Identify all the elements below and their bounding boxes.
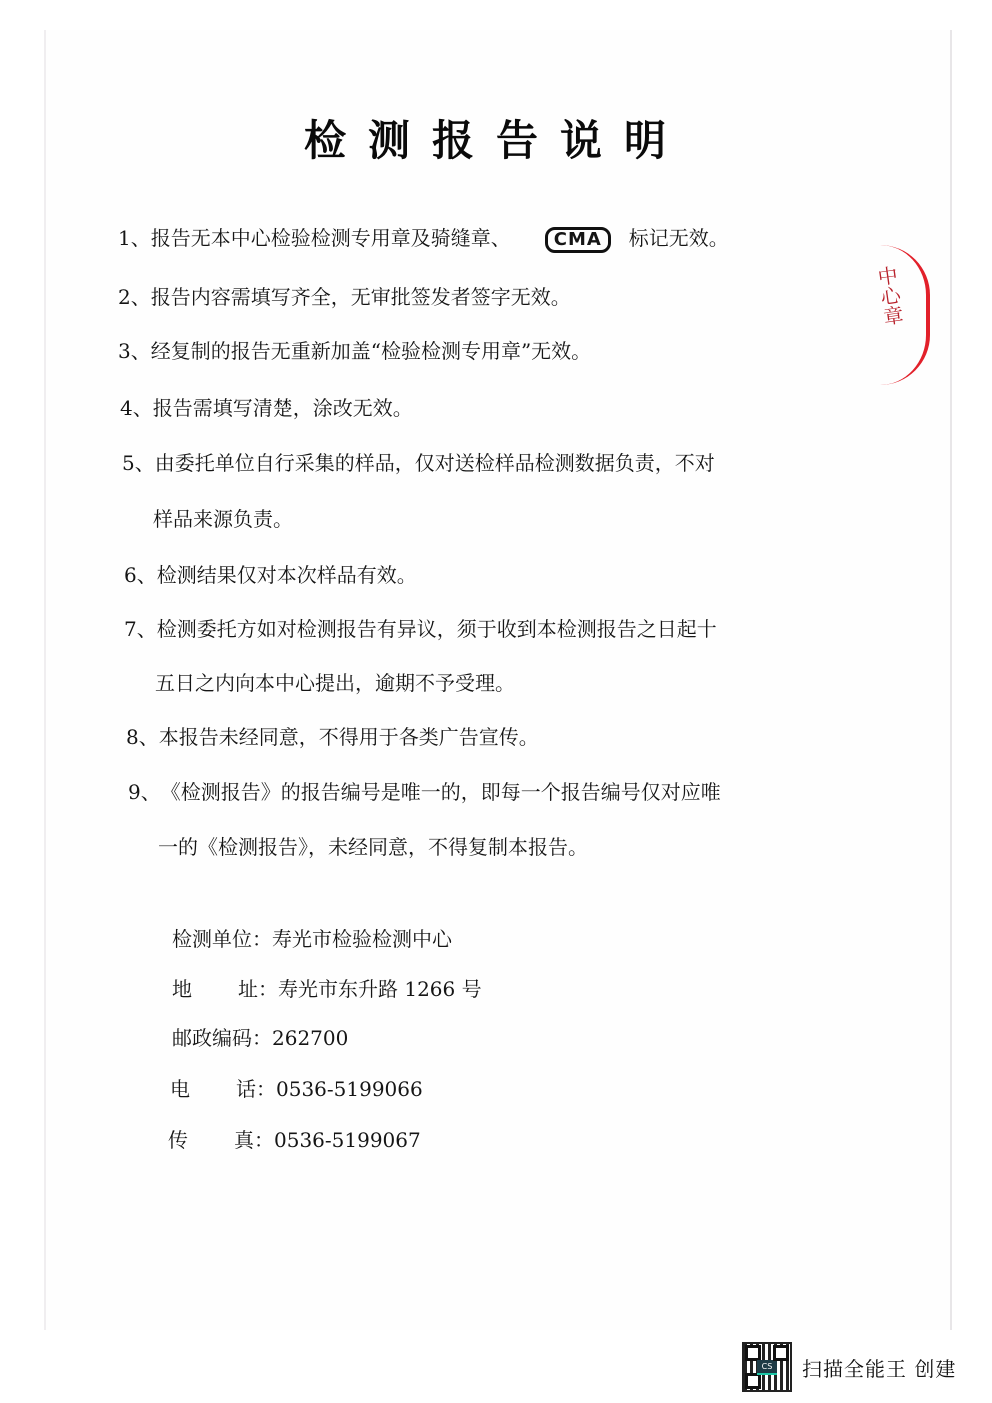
clause-9: 9、《检测报告》的报告编号是唯一的，即每一个报告编号仅对应唯 bbox=[128, 780, 721, 804]
page-title: 检测报告说明 bbox=[0, 108, 992, 168]
qr-code-icon: CS bbox=[742, 1342, 792, 1392]
clause-7: 7、检测委托方如对检测报告有异议，须于收到本检测报告之日起十 bbox=[124, 617, 717, 641]
clause-8: 8、本报告未经同意，不得用于各类广告宣传。 bbox=[126, 725, 539, 749]
contact-postcode: 邮政编码：262700 bbox=[172, 1026, 348, 1050]
contact-unit: 检测单位：寿光市检验检测中心 bbox=[172, 927, 452, 951]
contact-phone: 电话：0536-5199066 bbox=[170, 1077, 423, 1101]
watermark-text: 扫描全能王 创建 bbox=[802, 1353, 956, 1382]
scanner-watermark: CS 扫描全能王 创建 bbox=[742, 1342, 956, 1392]
clause-4: 4、报告需填写清楚，涂改无效。 bbox=[120, 396, 413, 420]
cma-mark-icon: CMA bbox=[545, 227, 611, 253]
clause-3: 3、经复制的报告无重新加盖“检验检测专用章”无效。 bbox=[118, 339, 591, 363]
contact-fax: 传真：0536-5199067 bbox=[168, 1128, 421, 1152]
clause-7-continued: 五日之内向本中心提出，逾期不予受理。 bbox=[155, 671, 515, 695]
clause-5-continued: 样品来源负责。 bbox=[153, 507, 293, 531]
clause-6: 6、检测结果仅对本次样品有效。 bbox=[124, 563, 417, 587]
clause-2: 2、报告内容需填写齐全，无审批签发者签字无效。 bbox=[118, 285, 571, 309]
camscanner-logo-icon: CS bbox=[757, 1360, 777, 1375]
clause-1: 1、报告无本中心检验检测专用章及骑缝章、CMA标记无效。 bbox=[118, 226, 729, 253]
clause-5: 5、由委托单位自行采集的样品，仅对送检样品检测数据负责，不对 bbox=[122, 451, 715, 475]
contact-address: 地址：寿光市东升路 1266 号 bbox=[172, 977, 482, 1001]
clause-9-continued: 一的《检测报告》，未经同意，不得复制本报告。 bbox=[158, 835, 588, 859]
